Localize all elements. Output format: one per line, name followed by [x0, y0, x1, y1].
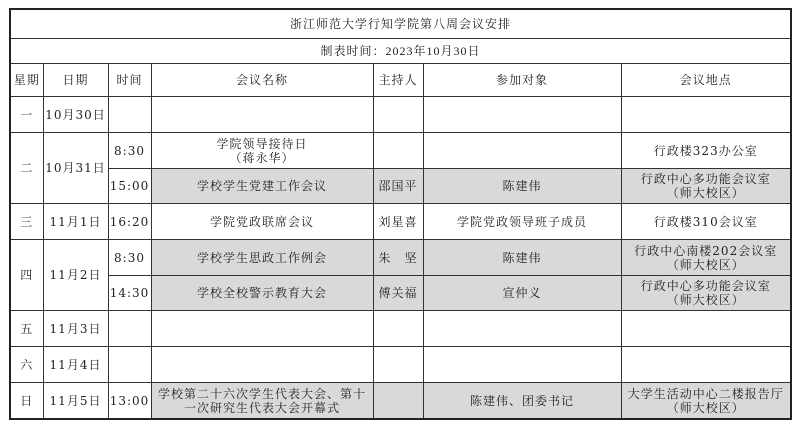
attendees-cell: 陈建伟	[423, 169, 621, 204]
meeting-schedule-table: 浙江师范大学行知学院第八周会议安排 制表时间：2023年10月30日 星期 日期…	[9, 8, 792, 420]
table-row: 一 10月30日	[10, 97, 791, 133]
time-cell	[108, 97, 151, 133]
host-cell	[373, 311, 423, 347]
time-cell: 8:30	[108, 133, 151, 169]
weekday-cell: 三	[10, 204, 43, 240]
location-cell: 行政楼310会议室	[621, 204, 791, 240]
table-row: 三 11月1日 16:20 学院党政联席会议 刘星喜 学院党政领导班子成员 行政…	[10, 204, 791, 240]
attendees-cell	[423, 133, 621, 169]
host-cell	[373, 97, 423, 133]
location-cell: 行政中心多功能会议室 （师大校区）	[621, 276, 791, 311]
table-row: 15:00 学校学生党建工作会议 邵国平 陈建伟 行政中心多功能会议室 （师大校…	[10, 169, 791, 204]
weekday-cell: 五	[10, 311, 43, 347]
weekday-cell: 二	[10, 133, 43, 204]
location-cell	[621, 347, 791, 383]
time-cell: 14:30	[108, 276, 151, 311]
location-cell: 行政楼323办公室	[621, 133, 791, 169]
meeting-cell	[151, 97, 373, 133]
header-row: 星期 日期 时间 会议名称 主持人 参加对象 会议地点	[10, 64, 791, 97]
meeting-cell: 学校第二十六次学生代表大会、第十 一次研究生代表大会开幕式	[151, 383, 373, 420]
attendees-cell: 学院党政领导班子成员	[423, 204, 621, 240]
location-cell: 行政中心多功能会议室 （师大校区）	[621, 169, 791, 204]
table-row: 五 11月3日	[10, 311, 791, 347]
time-cell: 13:00	[108, 383, 151, 420]
header-attendees: 参加对象	[423, 64, 621, 97]
weekday-cell: 四	[10, 240, 43, 311]
attendees-cell	[423, 347, 621, 383]
host-cell: 邵国平	[373, 169, 423, 204]
attendees-cell	[423, 97, 621, 133]
weekday-cell: 日	[10, 383, 43, 420]
table-row: 二 10月31日 8:30 学院领导接待日 （蒋永华） 行政楼323办公室	[10, 133, 791, 169]
table-row: 六 11月4日	[10, 347, 791, 383]
table-row: 四 11月2日 8:30 学校学生思政工作例会 朱 坚 陈建伟 行政中心南楼20…	[10, 240, 791, 276]
header-meeting: 会议名称	[151, 64, 373, 97]
meeting-cell	[151, 311, 373, 347]
meeting-cell: 学校学生党建工作会议	[151, 169, 373, 204]
time-cell: 8:30	[108, 240, 151, 276]
header-date: 日期	[43, 64, 108, 97]
date-cell: 10月31日	[43, 133, 108, 204]
header-location: 会议地点	[621, 64, 791, 97]
attendees-cell: 陈建伟、团委书记	[423, 383, 621, 420]
made-time: 制表时间：2023年10月30日	[10, 39, 791, 64]
table-row: 14:30 学校全校警示教育大会 傅关福 宣仲义 行政中心多功能会议室 （师大校…	[10, 276, 791, 311]
meeting-cell: 学院党政联席会议	[151, 204, 373, 240]
meeting-cell	[151, 347, 373, 383]
meeting-cell: 学校学生思政工作例会	[151, 240, 373, 276]
date-cell: 11月4日	[43, 347, 108, 383]
attendees-cell: 宣仲义	[423, 276, 621, 311]
header-host: 主持人	[373, 64, 423, 97]
location-cell: 大学生活动中心二楼报告厅 （师大校区）	[621, 383, 791, 420]
date-cell: 11月5日	[43, 383, 108, 420]
time-cell	[108, 347, 151, 383]
location-cell	[621, 97, 791, 133]
date-cell: 10月30日	[43, 97, 108, 133]
meeting-cell: 学院领导接待日 （蒋永华）	[151, 133, 373, 169]
host-cell	[373, 383, 423, 420]
header-weekday: 星期	[10, 64, 43, 97]
page-title: 浙江师范大学行知学院第八周会议安排	[10, 9, 791, 39]
attendees-cell: 陈建伟	[423, 240, 621, 276]
host-cell: 傅关福	[373, 276, 423, 311]
location-cell	[621, 311, 791, 347]
time-cell	[108, 311, 151, 347]
header-time: 时间	[108, 64, 151, 97]
table-row: 日 11月5日 13:00 学校第二十六次学生代表大会、第十 一次研究生代表大会…	[10, 383, 791, 420]
date-cell: 11月3日	[43, 311, 108, 347]
weekday-cell: 一	[10, 97, 43, 133]
date-cell: 11月1日	[43, 204, 108, 240]
location-cell: 行政中心南楼202会议室 （师大校区）	[621, 240, 791, 276]
time-cell: 16:20	[108, 204, 151, 240]
attendees-cell	[423, 311, 621, 347]
host-cell	[373, 133, 423, 169]
host-cell: 朱 坚	[373, 240, 423, 276]
time-cell: 15:00	[108, 169, 151, 204]
host-cell	[373, 347, 423, 383]
date-cell: 11月2日	[43, 240, 108, 311]
host-cell: 刘星喜	[373, 204, 423, 240]
meeting-cell: 学校全校警示教育大会	[151, 276, 373, 311]
weekday-cell: 六	[10, 347, 43, 383]
